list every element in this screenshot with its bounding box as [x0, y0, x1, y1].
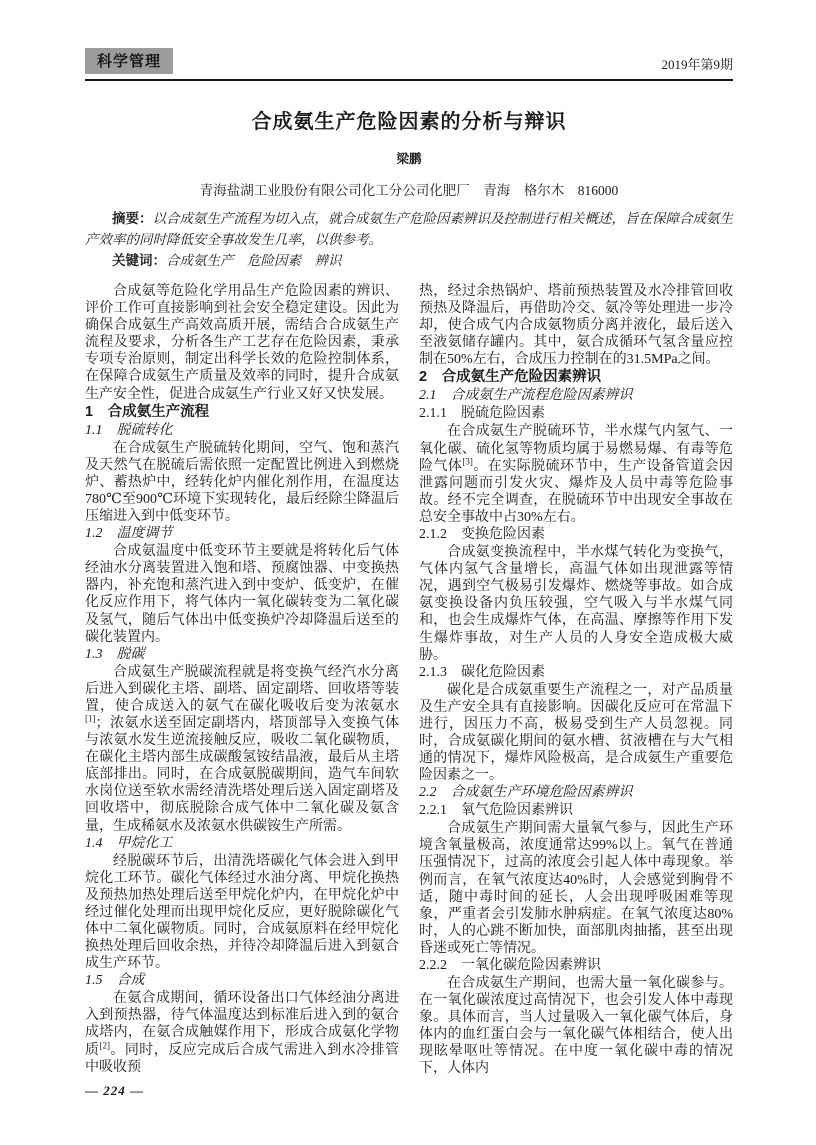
- journal-page: 科学管理 2019年第9期 合成氨生产危险因素的分析与辩识 梁鹏 青海盐湖工业股…: [0, 0, 816, 1145]
- section-label: 科学管理: [85, 48, 173, 74]
- paragraph: 在合成氨生产脱硫环节，半水煤气内氢气、一氧化碳、硫化氢等物质均属于易燃易爆、有毒…: [419, 423, 733, 526]
- keywords-text: 合成氨生产 危险因素 辨识: [166, 253, 342, 268]
- page-number: — 224 —: [85, 1083, 144, 1099]
- paragraph: 经脱碳环节后，出清洗塔碳化气体会进入到甲烷化工环节。碳化气体经过水油分离、甲烷化…: [85, 853, 399, 973]
- section-heading: 2.2.1 氧气危险因素辨识: [419, 802, 733, 820]
- author-name: 梁鹏: [85, 149, 733, 167]
- section-heading: 1 合成氨生产流程: [85, 403, 399, 422]
- section-heading: 1.3 脱碳: [85, 646, 399, 664]
- section-heading: 1.2 温度调节: [85, 525, 399, 543]
- section-heading: 2.1.3 碳化危险因素: [419, 664, 733, 682]
- article-title: 合成氨生产危险因素的分析与辩识: [85, 105, 733, 134]
- section-heading: 2.1 合成氨生产流程危险因素辨识: [419, 387, 733, 405]
- paragraph: 合成氨等危险化学用品生产危险因素的辨识、评价工作可直接影响到社会安全稳定建设。因…: [85, 283, 399, 403]
- journal-header: 科学管理 2019年第9期: [85, 48, 733, 81]
- keywords: 关键词：合成氨生产 危险因素 辨识: [85, 250, 733, 271]
- citation-ref: [1]: [85, 713, 96, 723]
- paragraph: 在合成氨生产期间，也需大量一氧化碳参与。在一氧化碳浓度过高情况下，也会引发人体中…: [419, 975, 733, 1078]
- section-heading: 2.1.1 脱硫危险因素: [419, 405, 733, 423]
- section-heading: 1.4 甲烷化工: [85, 835, 399, 853]
- page-content: 科学管理 2019年第9期 合成氨生产危险因素的分析与辩识 梁鹏 青海盐湖工业股…: [85, 48, 733, 1078]
- section-heading: 2.2 合成氨生产环境危险因素辨识: [419, 784, 733, 802]
- paragraph: 在氨合成期间，循环设备出口气体经油分离进入到预热器，待气体温度达到标准后进入到的…: [85, 990, 399, 1075]
- citation-ref: [3]: [462, 456, 473, 466]
- paragraph: 在合成氨生产脱硫转化期间，空气、饱和蒸汽及天然气在脱硫后需依照一定配置比例进入到…: [85, 440, 399, 525]
- abstract-text: 以合成氨生产流程为切入点，就合成氨生产危险因素辨识及控制进行相关概述，旨在保障合…: [85, 211, 733, 247]
- paragraph: 合成氨变换流程中，半水煤气转化为变换气，气体内氢气含量增长，高温气体如出现泄露等…: [419, 544, 733, 664]
- keywords-label: 关键词：: [112, 253, 166, 268]
- section-heading: 1.5 合成: [85, 972, 399, 990]
- paragraph: 热，经过余热锅炉、塔前预热装置及水冷排管回收预热及降温后，再借助冷交、氨冷等处理…: [419, 283, 733, 368]
- affiliation: 青海盐湖工业股份有限公司化工分公司化肥厂 青海 格尔木 816000: [85, 179, 733, 199]
- paragraph: 合成氨生产脱碳流程就是将变换气经汽水分离后进入到碳化主塔、副塔、固定副塔、回收塔…: [85, 664, 399, 835]
- abstract-label: 摘要：: [112, 211, 153, 226]
- section-heading: 2 合成氨生产危险因素辨识: [419, 368, 733, 387]
- citation-ref: [2]: [99, 1040, 110, 1050]
- paragraph: 碳化是合成氨重要生产流程之一，对产品质量及生产安全具有直接影响。因碳化反应可在常…: [419, 682, 733, 785]
- body-columns: 合成氨等危险化学用品生产危险因素的辨识、评价工作可直接影响到社会安全稳定建设。因…: [85, 283, 733, 1078]
- section-heading: 1.1 脱硫转化: [85, 422, 399, 440]
- paragraph: 合成氨温度中低变环节主要就是将转化后气体经油水分离装置进入饱和塔、预腐蚀器、中变…: [85, 543, 399, 646]
- issue-label: 2019年第9期: [661, 54, 733, 74]
- abstract: 摘要：以合成氨生产流程为切入点，就合成氨生产危险因素辨识及控制进行相关概述，旨在…: [85, 208, 733, 250]
- section-heading: 2.2.2 一氧化碳危险因素辨识: [419, 957, 733, 975]
- section-heading: 2.1.2 变换危险因素: [419, 526, 733, 544]
- body-column-left: 合成氨等危险化学用品生产危险因素的辨识、评价工作可直接影响到社会安全稳定建设。因…: [85, 283, 399, 1078]
- paragraph: 合成氨生产期间需大量氧气参与，因此生产环境含氧量极高，浓度通常达99%以上。氧气…: [419, 820, 733, 957]
- body-column-right: 热，经过余热锅炉、塔前预热装置及水冷排管回收预热及降温后，再借助冷交、氨冷等处理…: [419, 283, 733, 1078]
